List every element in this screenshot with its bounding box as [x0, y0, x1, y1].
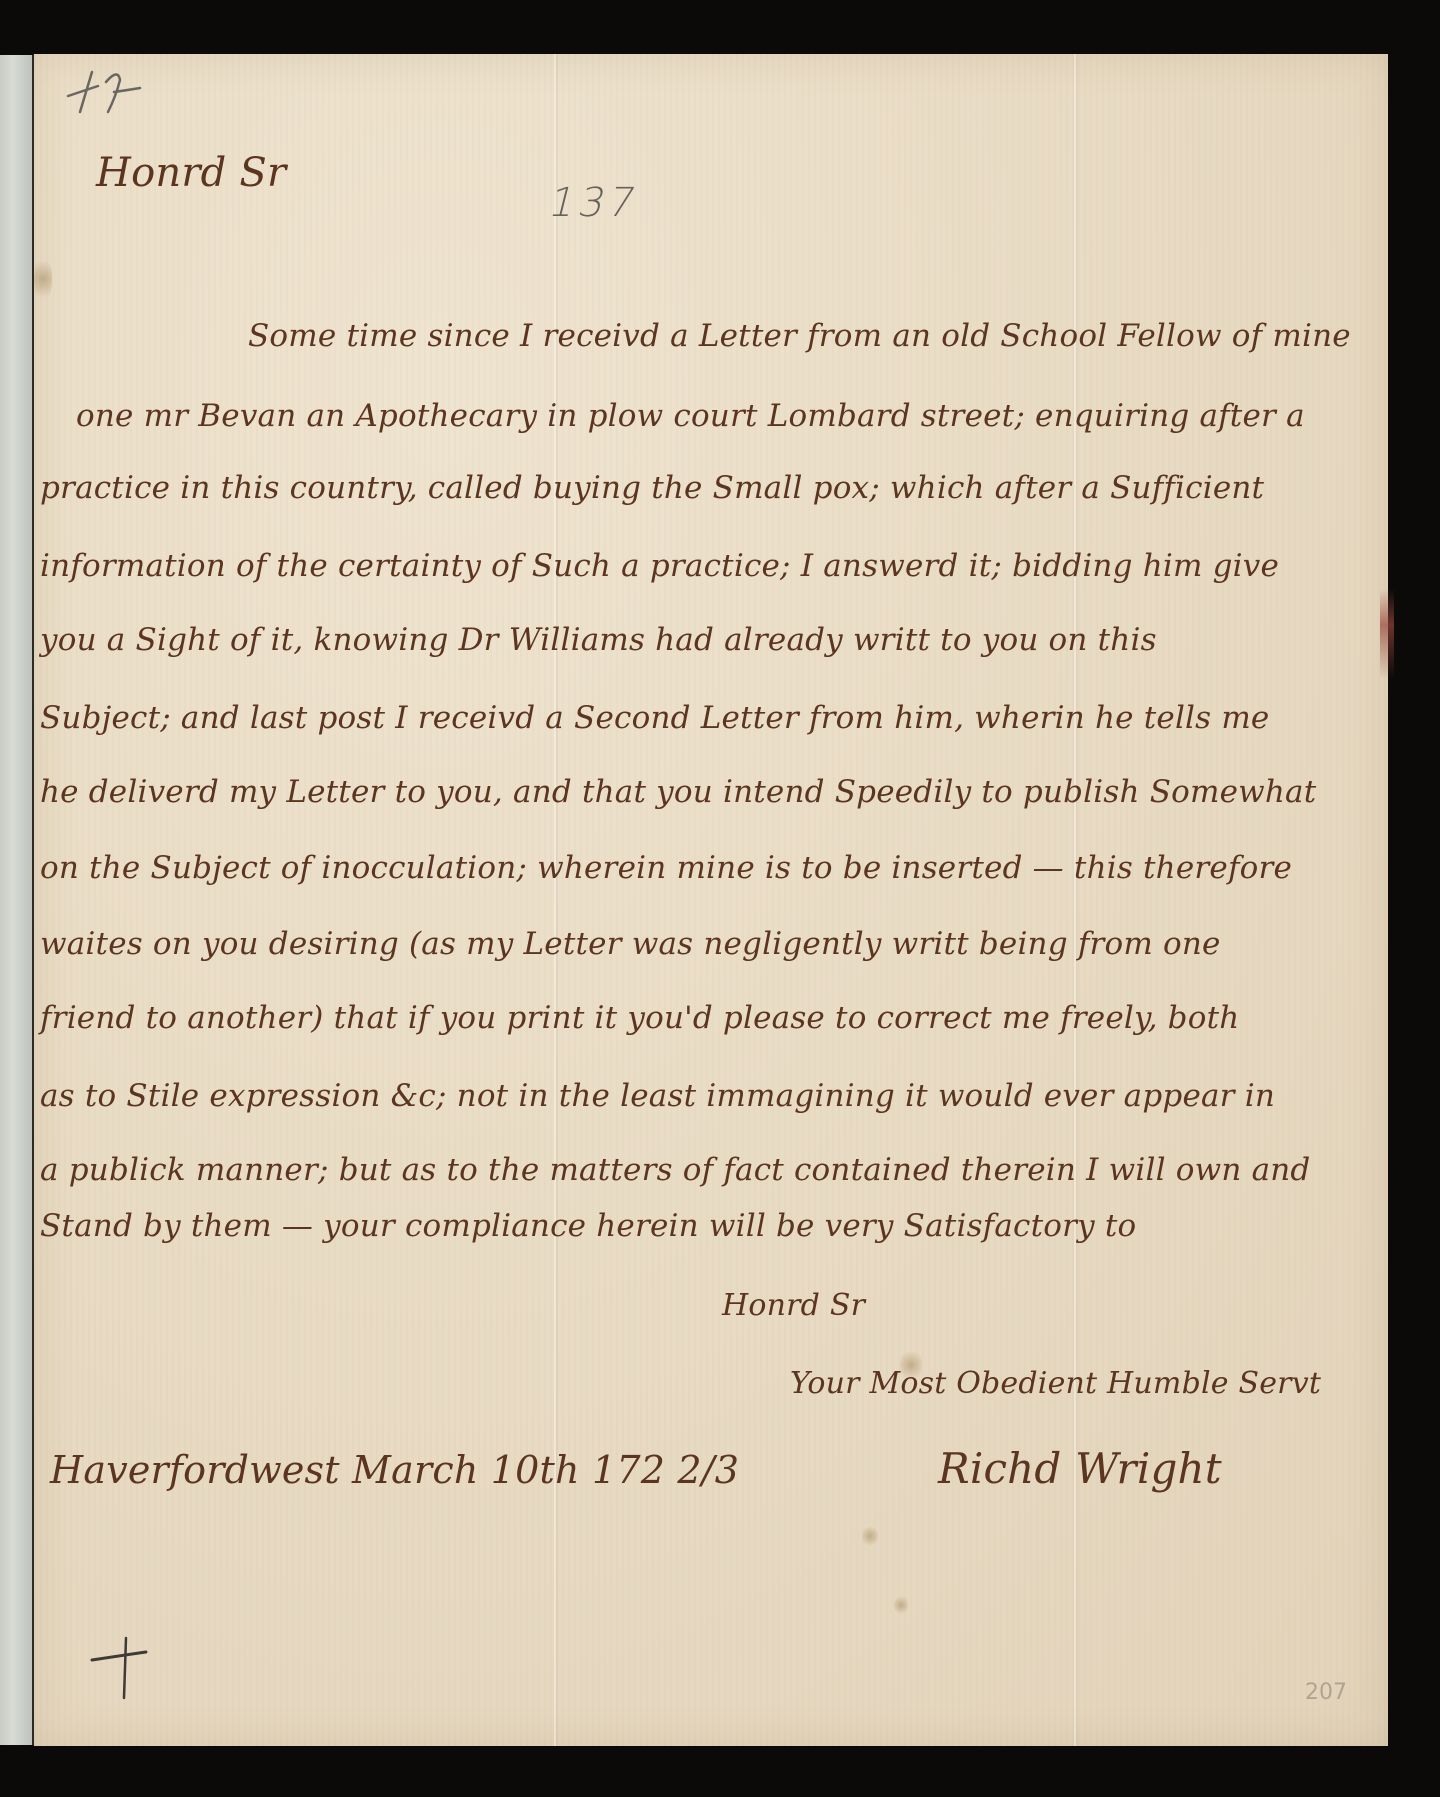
pencil-cross-mark-icon [88, 1636, 152, 1700]
pencil-mark-icon [58, 50, 148, 120]
dateline-place: Haverfordwest [50, 1448, 340, 1492]
body-line: as to Stile expression &c; not in the le… [40, 1078, 1275, 1114]
body-line: Some time since I receivd a Letter from … [248, 318, 1351, 354]
body-line: you a Sight of it, knowing Dr Williams h… [40, 622, 1157, 658]
folio-number: 137 [544, 180, 644, 226]
foxing-stain [894, 1594, 908, 1616]
body-line: Subject; and last post I receivd a Secon… [40, 700, 1269, 736]
body-line: on the Subject of inocculation; wherein … [40, 850, 1292, 886]
body-line: he deliverd my Letter to you, and that y… [40, 774, 1316, 810]
paper-fold-line [554, 54, 556, 1746]
pencil-annotation-top-left: +82 [60, 60, 62, 61]
dateline-month: March [352, 1448, 479, 1492]
dateline-year: 172 2/3 [592, 1448, 739, 1492]
dateline: Haverfordwest March 10th 172 2/3 [50, 1448, 739, 1492]
body-line: practice in this country, called buying … [40, 470, 1264, 506]
body-line: Stand by them — your compliance herein w… [40, 1208, 1136, 1244]
body-line: information of the certainty of Such a p… [40, 548, 1279, 584]
body-line: waites on you desiring (as my Letter was… [40, 926, 1221, 962]
body-line: one mr Bevan an Apothecary in plow court… [76, 398, 1305, 434]
foxing-stain [862, 1524, 878, 1548]
body-line: a publick manner; but as to the matters … [40, 1152, 1310, 1188]
faint-page-number: 207 [1305, 1680, 1347, 1705]
edge-stain [1380, 589, 1394, 679]
signature: Richd Wright [938, 1444, 1222, 1493]
binding-strip [0, 55, 35, 1745]
pencil-cross-label: + [0, 0, 1, 1]
closing-salutation: Honrd Sr [722, 1288, 865, 1323]
dateline-day: 10th [491, 1448, 580, 1492]
foxing-stain [34, 254, 52, 304]
valediction: Your Most Obedient Humble Servt [790, 1366, 1321, 1401]
salutation: Honrd Sr [96, 150, 286, 196]
body-line: friend to another) that if you print it … [40, 1000, 1239, 1036]
